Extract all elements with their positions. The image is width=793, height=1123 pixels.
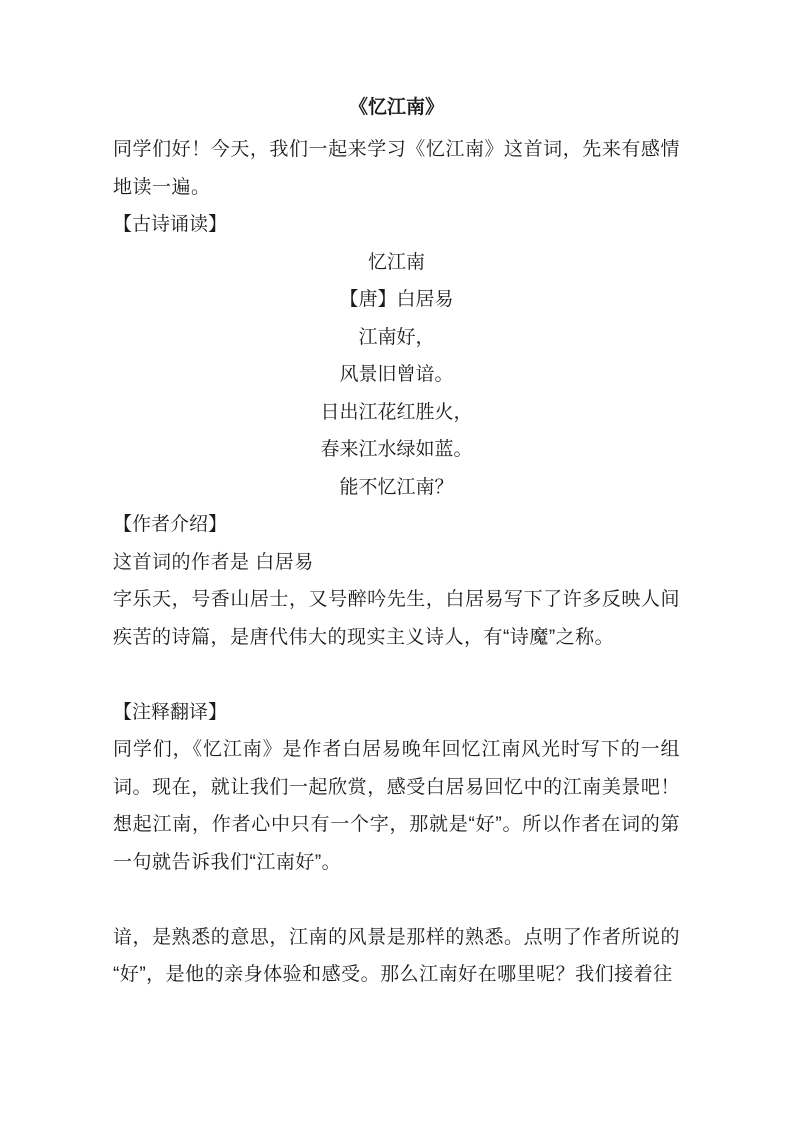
intro-paragraph: 同学们好！今天，我们一起来学习《忆江南》这首词，先来有感情地读一遍。 <box>113 131 680 206</box>
section-header-author-intro: 【作者介绍】 <box>113 506 680 544</box>
poem-line: 能不忆江南？ <box>113 469 680 507</box>
section-header-recitation: 【古诗诵读】 <box>113 206 680 244</box>
poem-author: 【唐】白居易 <box>113 281 680 319</box>
author-line: 这首词的作者是 白居易 <box>113 544 680 582</box>
poem-line: 春来江水绿如蓝。 <box>113 431 680 469</box>
poem-line: 风景旧曾谙。 <box>113 356 680 394</box>
poem-title: 忆江南 <box>113 244 680 282</box>
poem-block: 忆江南 【唐】白居易 江南好， 风景旧曾谙。 日出江花红胜火， 春来江水绿如蓝。… <box>113 244 680 507</box>
author-bio-paragraph: 字乐天，号香山居士，又号醉吟先生，白居易写下了许多反映人间疾苦的诗篇，是唐代伟大… <box>113 581 680 656</box>
section-header-notes-translation: 【注释翻译】 <box>113 694 680 732</box>
notes-paragraph-2: 谙，是熟悉的意思，江南的风景是那样的熟悉。点明了作者所说的“好”，是他的亲身体验… <box>113 919 680 994</box>
blank-line <box>113 656 680 694</box>
document-page: 《忆江南》 同学们好！今天，我们一起来学习《忆江南》这首词，先来有感情地读一遍。… <box>0 0 793 1123</box>
document-title: 《忆江南》 <box>113 88 680 128</box>
poem-line: 江南好， <box>113 319 680 357</box>
poem-line: 日出江花红胜火， <box>113 394 680 432</box>
blank-line <box>113 881 680 919</box>
notes-paragraph-1: 同学们，《忆江南》是作者白居易晚年回忆江南风光时写下的一组词。现在，就让我们一起… <box>113 731 680 881</box>
